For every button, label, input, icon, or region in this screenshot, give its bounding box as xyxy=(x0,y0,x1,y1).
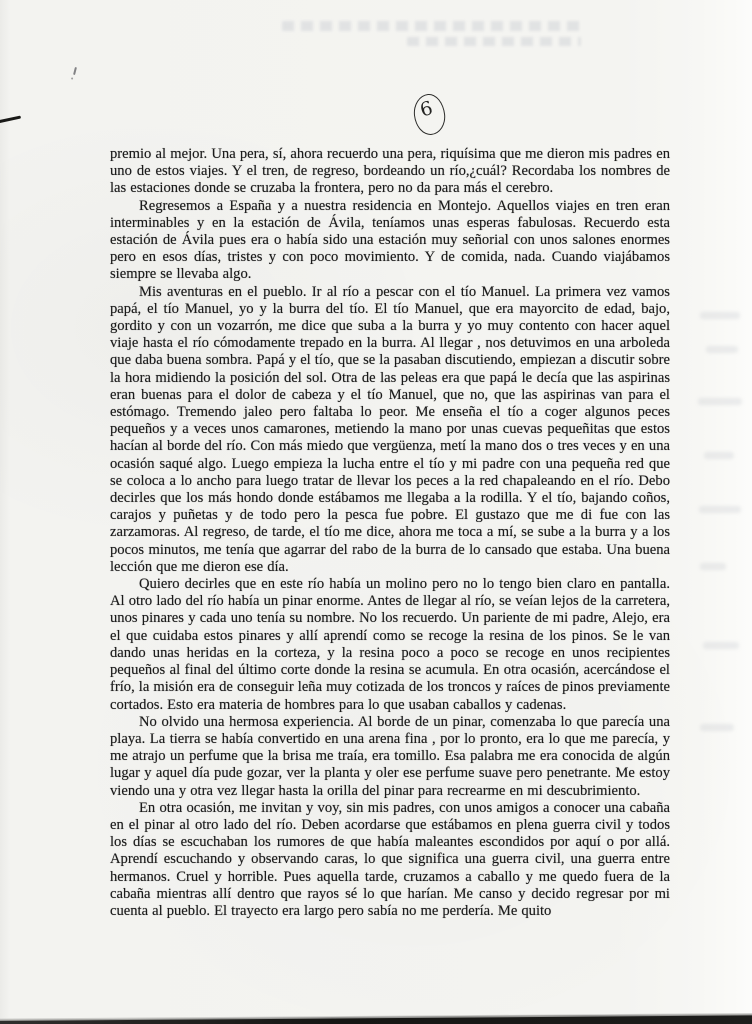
bleedthrough-smudge xyxy=(700,724,734,731)
paragraph: No olvido una hermosa experiencia. Al bo… xyxy=(110,714,670,800)
paragraph: Quiero decirles que en este río había un… xyxy=(110,576,670,714)
bleedthrough-smudge xyxy=(699,506,741,513)
bleedthrough-text-line-1 xyxy=(282,21,584,31)
bleedthrough-smudge xyxy=(704,452,734,459)
paragraph: Regresemos a España y a nuestra residenc… xyxy=(110,198,670,284)
handwritten-page-number: 6 xyxy=(418,99,435,120)
bleedthrough-smudge xyxy=(700,563,726,570)
paragraph: En otra ocasión, me invitan y voy, sin m… xyxy=(110,800,670,920)
paragraph: Mis aventuras en el pueblo. Ir al río a … xyxy=(110,284,670,576)
paragraph: premio al mejor. Una pera, sí, ahora rec… xyxy=(110,146,670,198)
bleedthrough-smudge xyxy=(700,312,740,319)
handwritten-page-number-circle: 6 xyxy=(412,92,447,136)
bleedthrough-smudge xyxy=(706,346,738,353)
scan-bottom-edge xyxy=(0,1006,752,1024)
pen-mark xyxy=(73,67,77,75)
document-text: premio al mejor. Una pera, sí, ahora rec… xyxy=(110,146,670,920)
bleedthrough-smudge xyxy=(703,642,739,649)
bleedthrough-text-line-2 xyxy=(407,37,581,46)
bleedthrough-smudge xyxy=(698,398,742,405)
scanned-page: 6 premio al mejor. Una pera, sí, ahora r… xyxy=(0,0,752,1024)
scan-edge-stroke xyxy=(0,116,21,124)
